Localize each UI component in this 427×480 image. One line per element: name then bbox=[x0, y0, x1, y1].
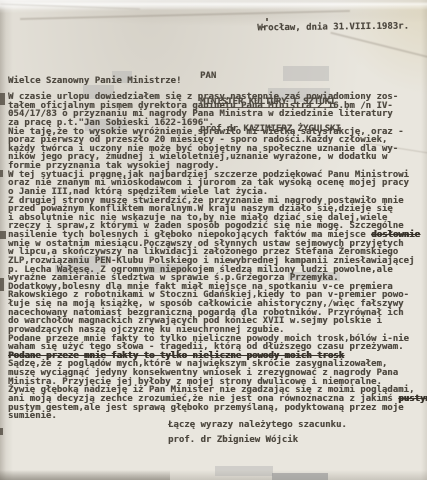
paper-speck bbox=[0, 93, 5, 105]
paper-speck bbox=[0, 278, 4, 291]
paper-shadow-bottom bbox=[0, 470, 170, 480]
scan-artifact bbox=[215, 466, 273, 476]
salutation: Wielce Szanowny Panie Ministrze! bbox=[8, 76, 181, 86]
paper-speck bbox=[0, 428, 3, 435]
paper-crease bbox=[330, 32, 427, 60]
paper-speck bbox=[266, 18, 268, 21]
paper-speck bbox=[0, 231, 6, 239]
letter-body: W czasie urlopu dowiedziałem się z prasy… bbox=[8, 93, 427, 421]
letter-scan: Wrocław, dnia 31.VIII.1983r. PAN MINISTE… bbox=[0, 0, 427, 480]
body-line: pustym gestem,ale jest sprawą głęboko pr… bbox=[8, 404, 427, 413]
recipient-pan: PAN bbox=[200, 72, 341, 81]
paper-speck bbox=[0, 170, 3, 177]
scan-artifact bbox=[272, 473, 328, 480]
closing-regards: Łączę wyrazy należytego szacunku. bbox=[168, 420, 347, 430]
signature: prof. dr Zbigniew Wójcik bbox=[168, 435, 298, 445]
